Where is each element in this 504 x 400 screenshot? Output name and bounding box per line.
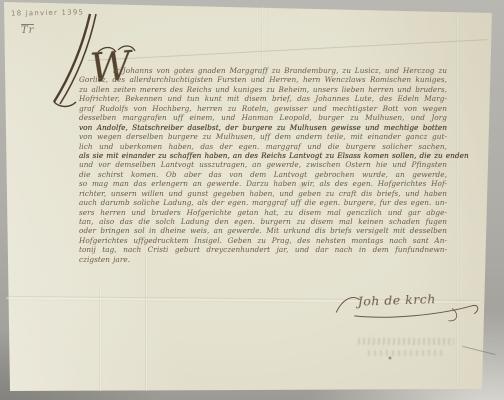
photo-background: 18 janvier 1395 Tr W ir Johanns von gote… — [0, 0, 504, 400]
manuscript-line: zu allen zeiten merers des Reichs und ku… — [79, 85, 447, 94]
manuscript-line: sers herren und bruders Hofgerichte geta… — [79, 208, 447, 217]
registry-mark: Tr — [21, 24, 34, 36]
manuscript-line: Hofgerichtes uffgedrucktem Insigel. Gebe… — [79, 236, 447, 245]
manuscript-line: oder bringen sol in dheine weis, an gewe… — [79, 226, 447, 235]
signature-text: Joh de krch — [358, 291, 437, 309]
manuscript-line: lich und uberkomen haben, das der egen. … — [79, 142, 447, 151]
verso-show-through — [350, 336, 462, 364]
manuscript-line: graf Rudolfs von Hochberg, herren zu Rot… — [79, 104, 447, 113]
manuscript-line: so mag man das erlengern an gewerde. Dar… — [79, 179, 447, 188]
manuscript-line: und vor demselben Lantvogt usszutragen, … — [79, 160, 447, 169]
fold-crease-vertical — [99, 290, 102, 391]
manuscript-line: czigsten jare. — [79, 255, 447, 264]
manuscript-line: ir Johanns von gotes gnaden Marggraff zu… — [79, 66, 447, 75]
manuscript-line: Hofrichter, Bekennen und tun kunt mit di… — [79, 94, 447, 103]
manuscript-line: tan, also das die solch Ladung den egen.… — [79, 217, 447, 226]
manuscript-line: als sie mit einander zu schaffen haben, … — [79, 151, 447, 160]
chancellery-signature: Joh de krch — [333, 283, 484, 330]
manuscript-line: von wegen derselben burgere zu Mulhusen,… — [79, 132, 447, 141]
manuscript-line: tonij tag, nach Cristi geburt dreyczenhu… — [79, 245, 447, 254]
manuscript-line: von Andolfe, Statschreiber daselbst, der… — [79, 123, 447, 132]
signature-swash — [333, 283, 484, 330]
fold-crease-vertical — [456, 14, 459, 388]
manuscript-line: Gorlicz, des allerdurchluchtigisten Furs… — [79, 75, 447, 84]
manuscript-line: die schirst komen. Ob aber das von dem L… — [79, 170, 447, 179]
manuscript-text: ir Johanns von gotes gnaden Marggraff zu… — [79, 66, 447, 264]
manuscript-line: auch darumb soliche Ladung, als der egen… — [79, 198, 447, 207]
manuscript-line: desselben marggrafen uff einem, und Hanm… — [79, 113, 447, 122]
manuscript-line: richter, unsern willen und gunst gegeben… — [79, 189, 447, 198]
